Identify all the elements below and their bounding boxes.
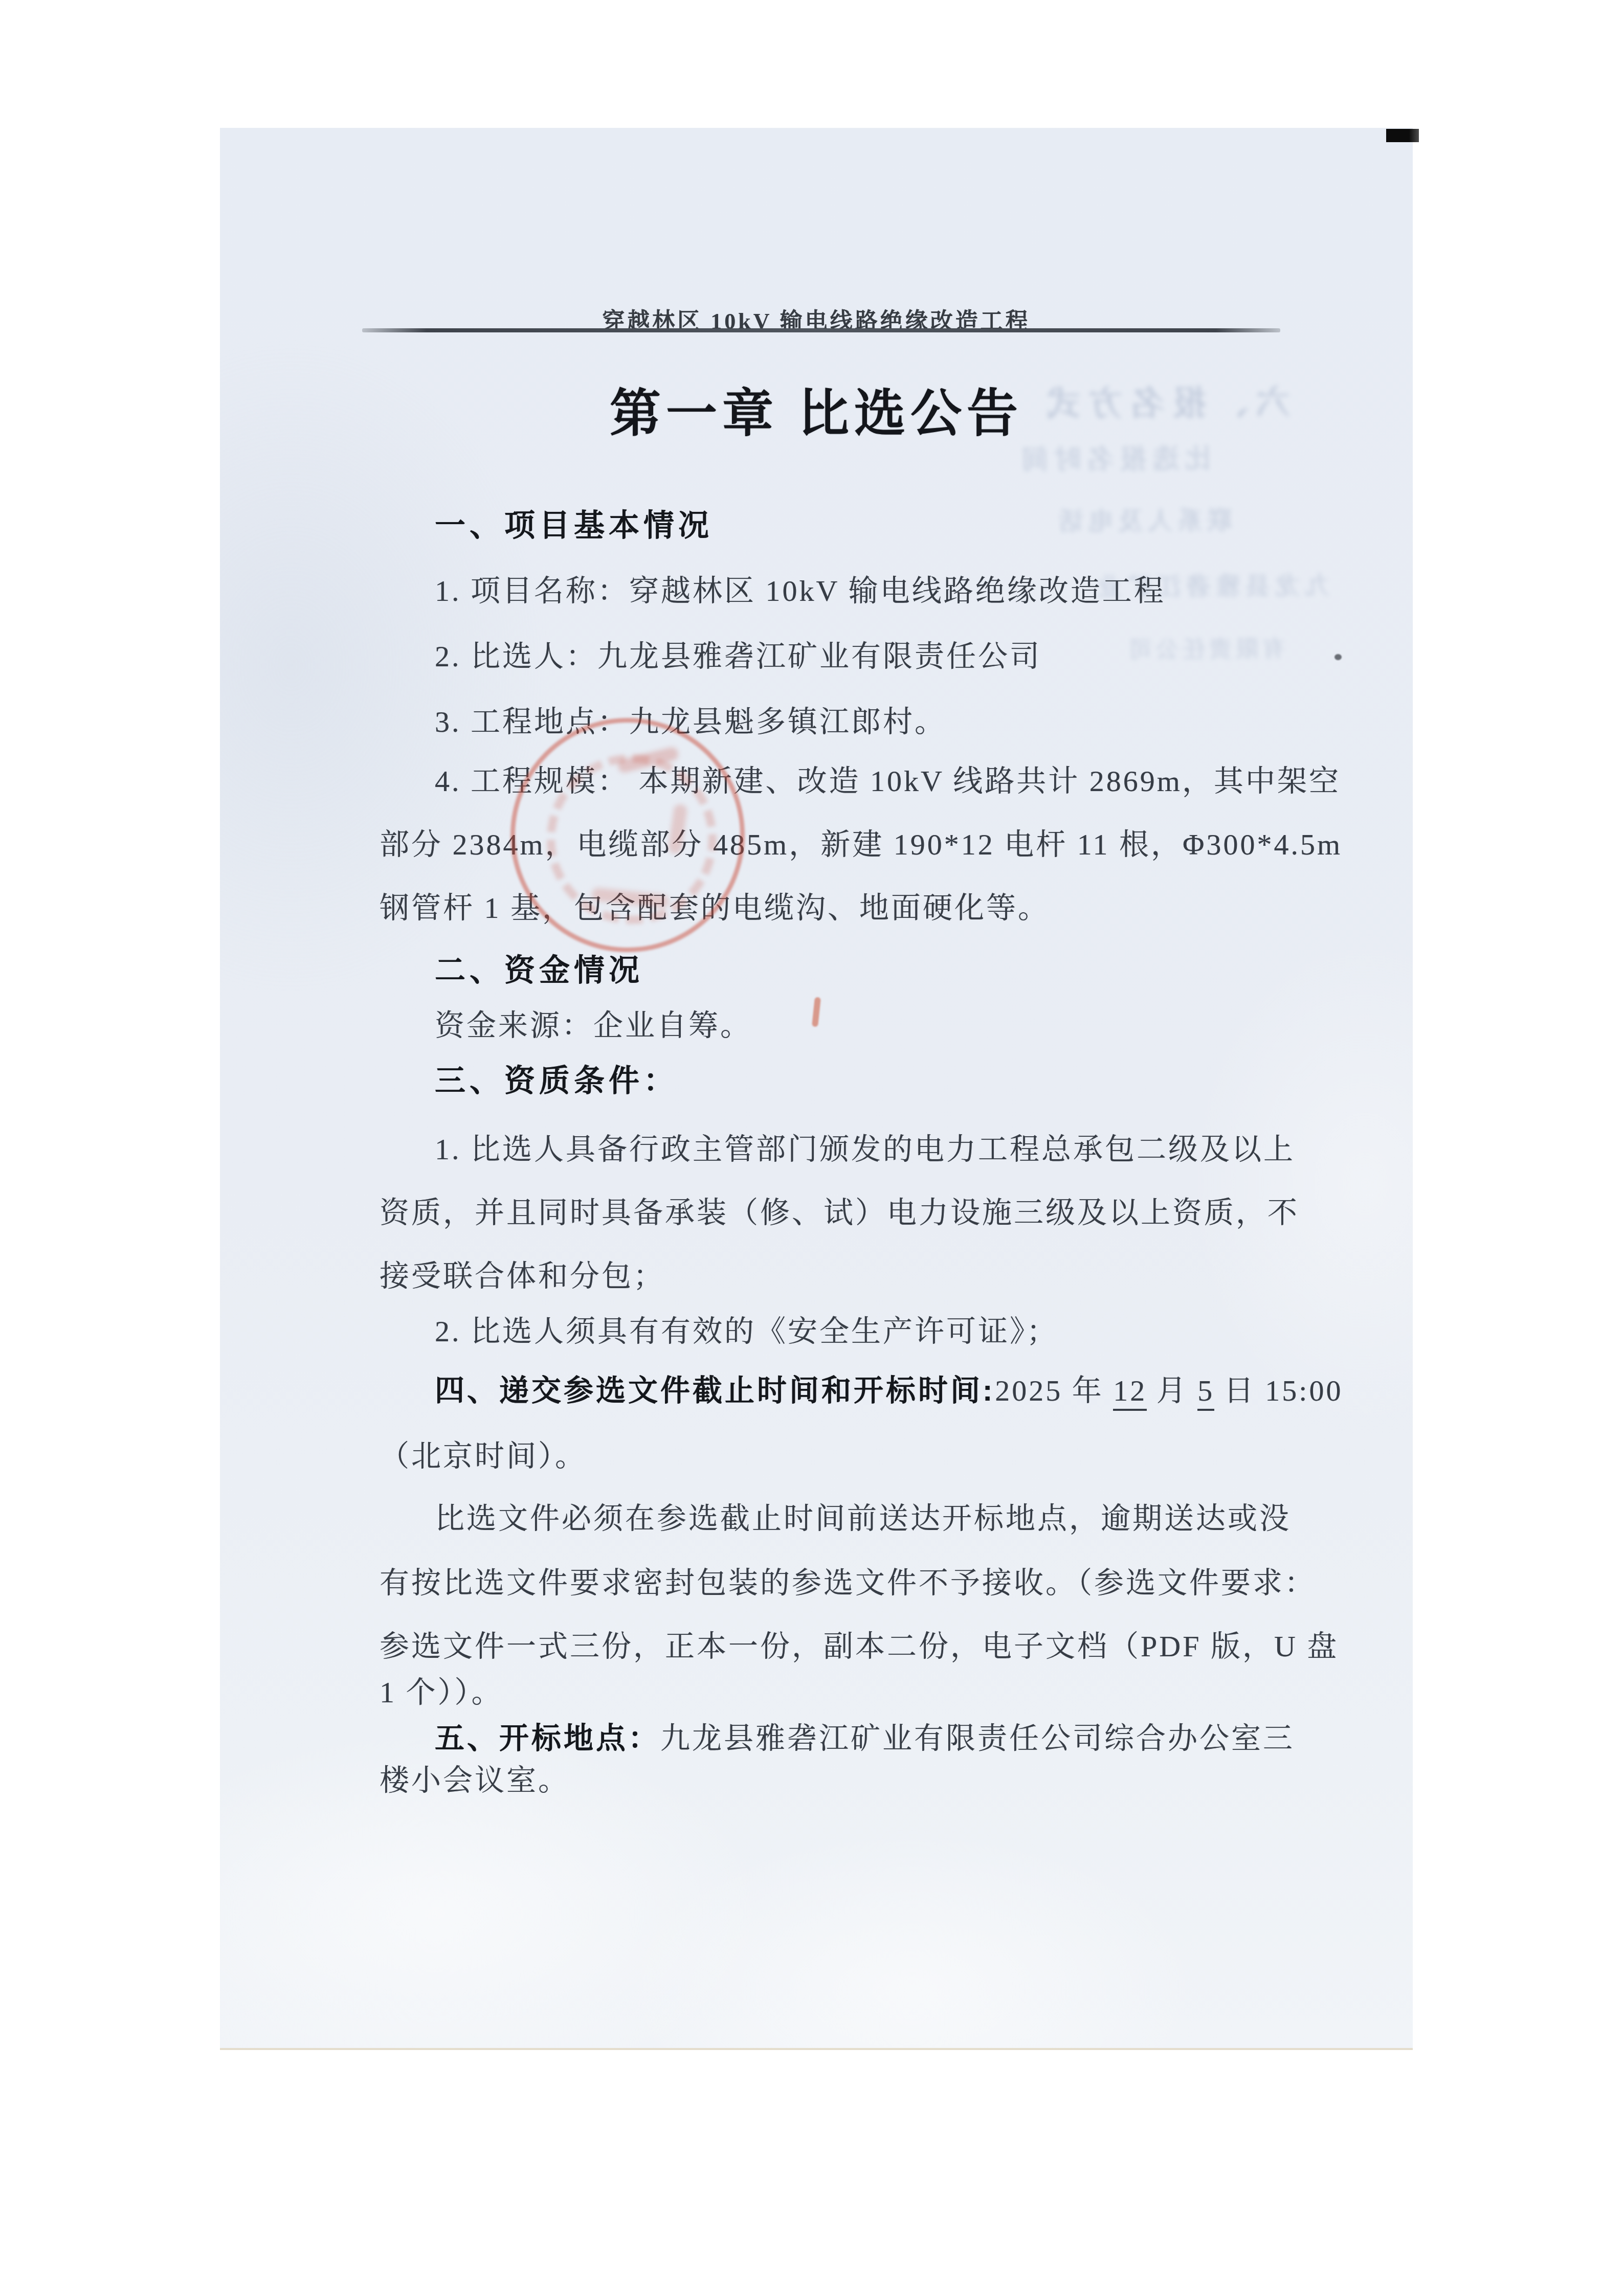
bleedthrough-line: 有限责任公司 [1125,631,1285,664]
deadline-month-number: 12 [1113,1374,1147,1411]
heading-basic-info: 一、项目基本情况 [435,501,713,545]
header-rule [362,328,1280,332]
scan-speck [1334,654,1342,660]
deadline-month-unit: 月 [1147,1374,1197,1407]
line-delivery-1: 比选文件必须在参选截止时间前送达开标地点，逾期送达或没 [435,1494,1291,1537]
venue-text: 九龙县雅砻江矿业有限责任公司综合办公室三 [660,1722,1295,1755]
line-bid-inviter: 2. 比选人：九龙县雅砻江矿业有限责任公司 [435,632,1041,675]
red-seal-stamp [510,718,745,952]
line-funding-source: 资金来源：企业自筹。 [435,1001,752,1044]
red-ink-smudge [812,997,821,1027]
line-beijing-time: （北京时间）。 [380,1432,587,1475]
line-delivery-2: 有按比选文件要求密封包装的参选文件不予接收。（参选文件要求： [380,1559,1316,1602]
scan-canvas: 穿越林区 10kV 输电线路绝缘改造工程 第一章 比选公告 六、报名方式 比选报… [0,0,1624,2296]
line-delivery-3: 参选文件一式三份，正本一份，副本二份，电子文档（PDF 版，U 盘 [380,1622,1339,1665]
bleedthrough-line: 六、报名方式 [1038,375,1291,425]
deadline-year: 2025 年 [995,1374,1113,1407]
heading-deadline: 四、递交参选文件截止时间和开标时间:2025 年 12 月 5 日 15:00 [435,1366,1343,1409]
line-qualification-3: 接受联合体和分包； [380,1252,665,1295]
bleedthrough-line: 比选报名时间 [1015,437,1212,477]
deadline-day-number: 5 [1197,1374,1214,1411]
line-venue-tail: 楼小会议室。 [380,1756,570,1799]
heading-funding: 二、资金情况 [435,946,643,990]
scanned-page: 穿越林区 10kV 输电线路绝缘改造工程 第一章 比选公告 六、报名方式 比选报… [220,128,1413,2050]
bleedthrough-line: 联系人及电话 [1054,501,1232,537]
scan-corner-mark [1386,129,1419,142]
deadline-time: 日 15:00 [1214,1374,1343,1407]
line-qualification-2: 资质，并且同时具备承装（修、试）电力设施三级及以上资质，不 [380,1188,1299,1231]
deadline-label: 四、递交参选文件截止时间和开标时间: [435,1374,995,1407]
line-qualification-1: 1. 比选人具备行政主管部门颁发的电力工程总承包二级及以上 [435,1125,1295,1168]
heading-qualification: 三、资质条件： [435,1056,678,1100]
line-project-name: 1. 项目名称：穿越林区 10kV 输电线路绝缘改造工程 [435,567,1166,610]
heading-venue: 五、开标地点：九龙县雅砻江矿业有限责任公司综合办公室三 [435,1714,1295,1757]
line-safety-license: 2. 比选人须具有有效的《安全生产许可证》； [435,1307,1058,1350]
line-project-location: 3. 工程地点：九龙县魁多镇江郎村。 [435,697,946,740]
venue-label: 五、开标地点： [435,1722,660,1755]
line-delivery-4: 1 个））。 [380,1668,503,1711]
